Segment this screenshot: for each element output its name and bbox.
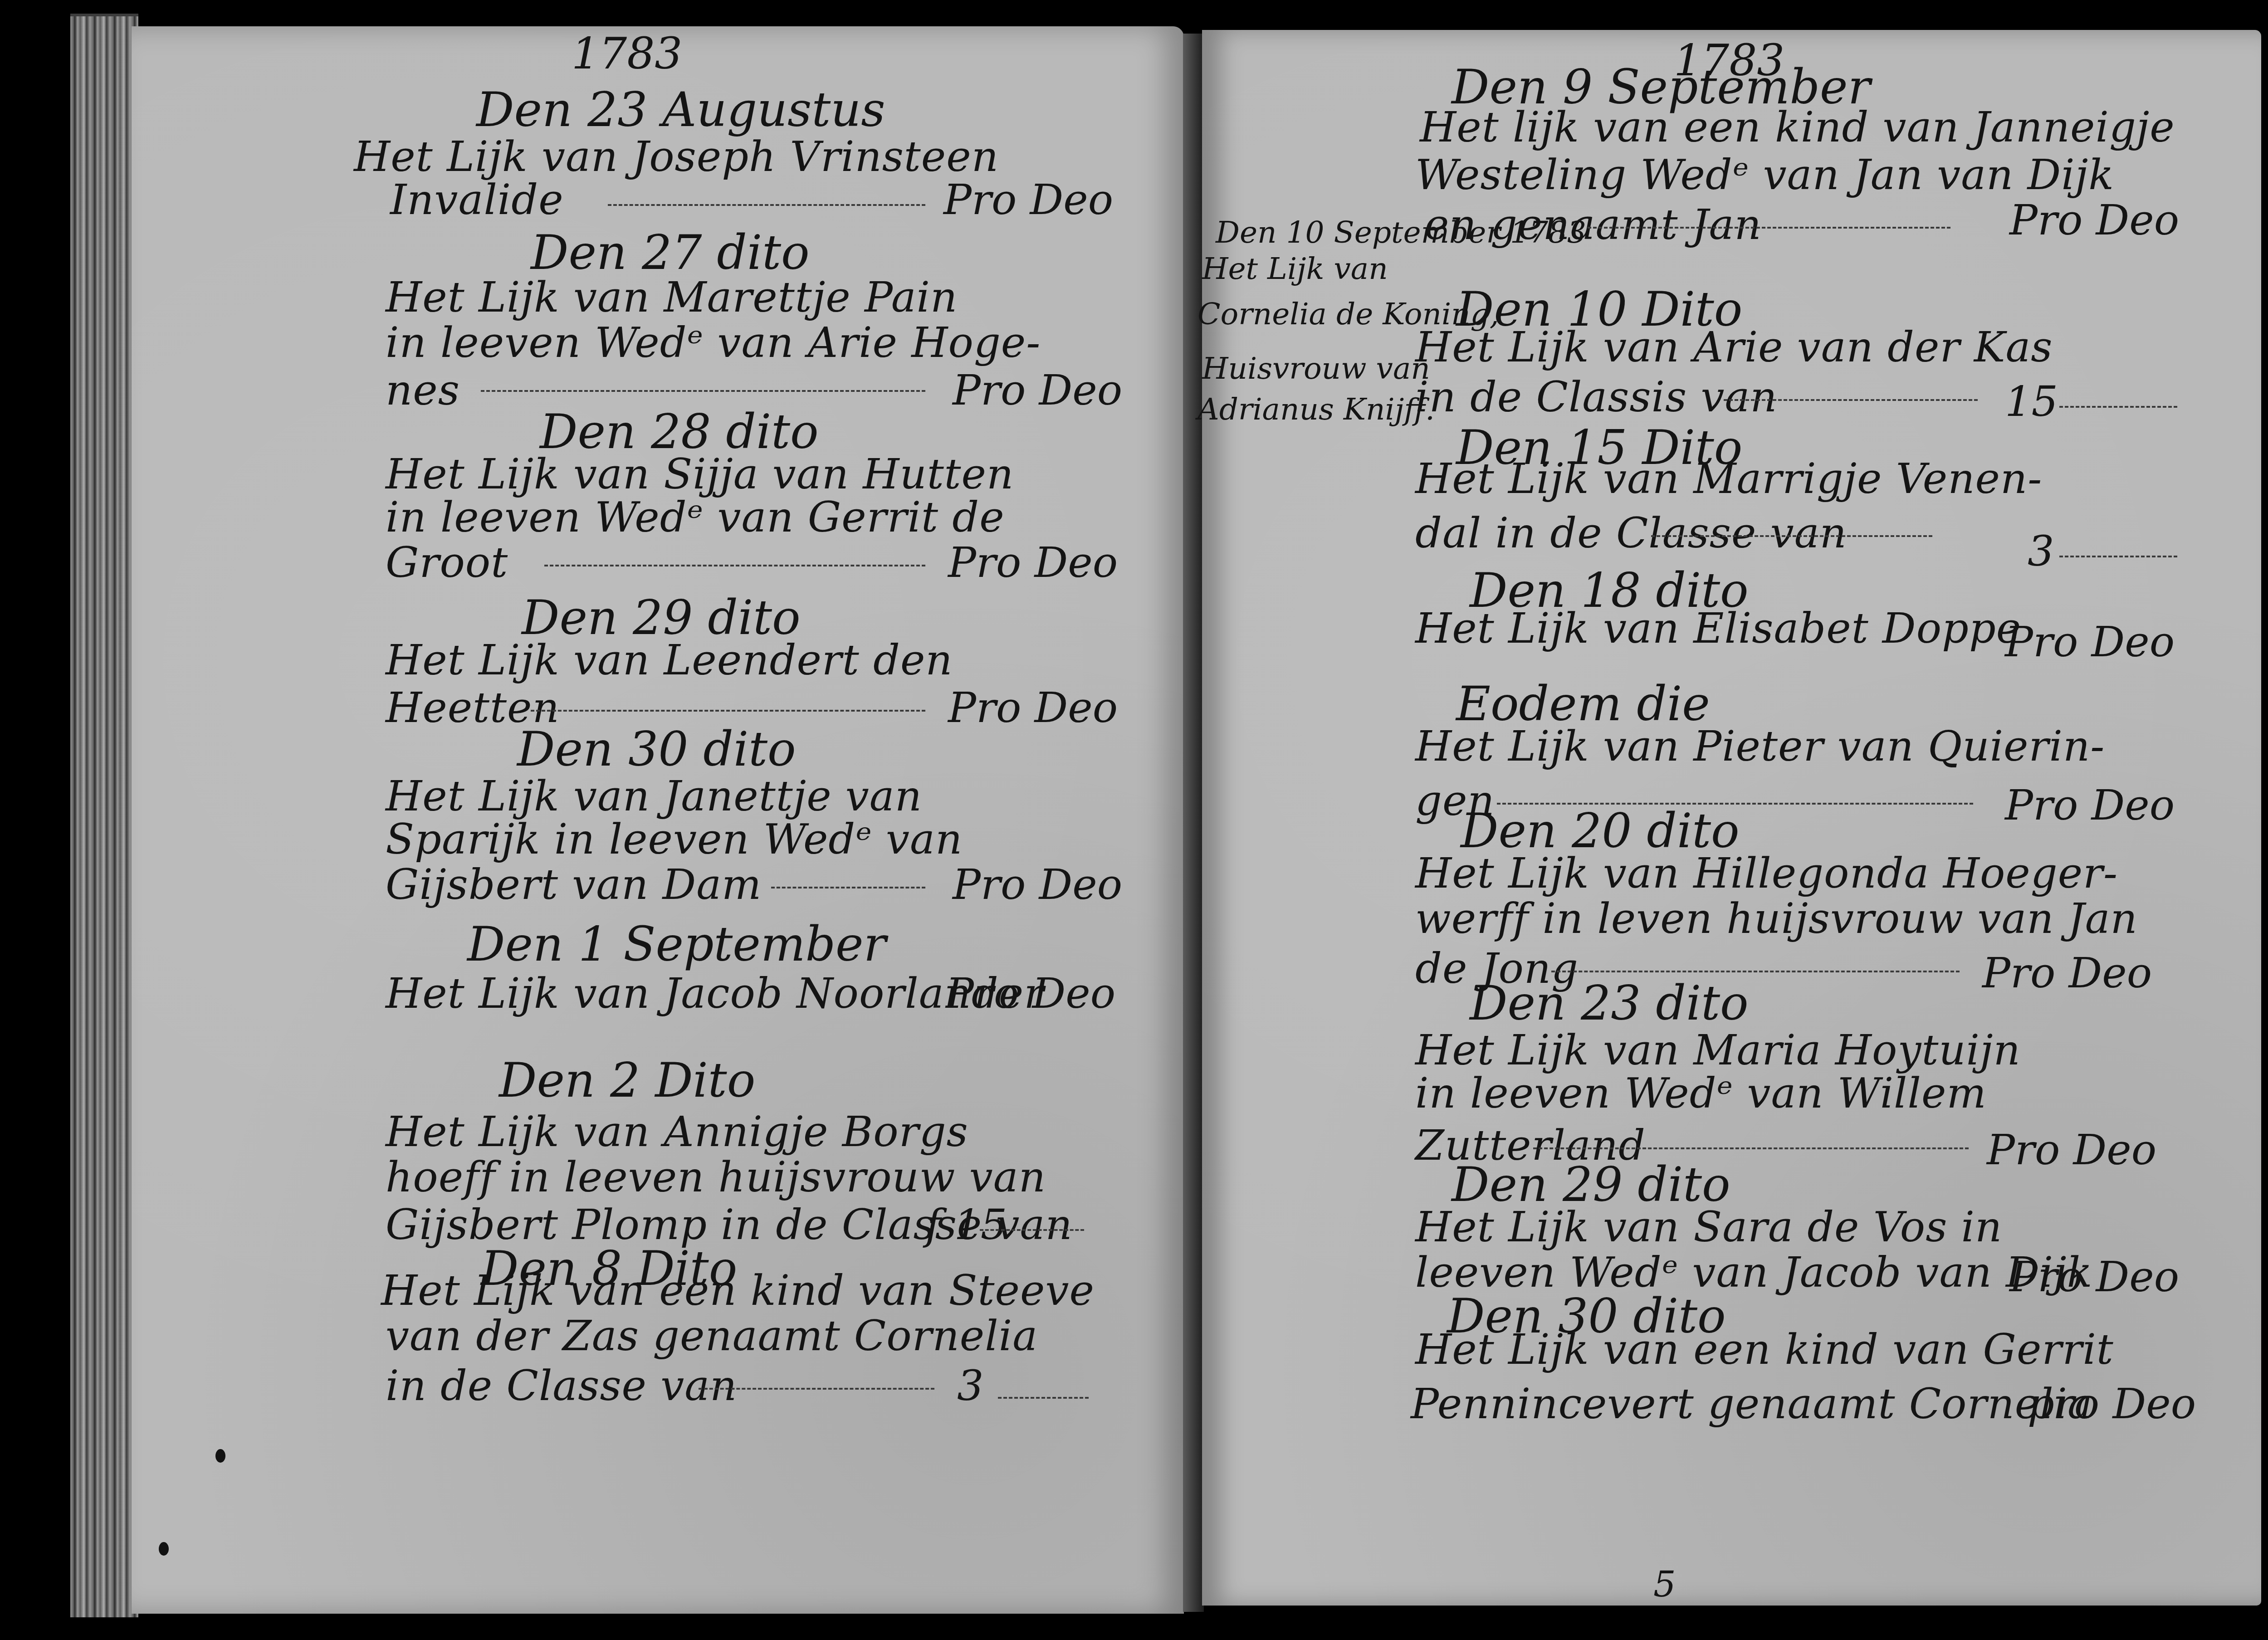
entry-date: Den 28 dito	[540, 408, 819, 455]
scanned-document: 1783 Den 23 Augustus Het Lijk van Joseph…	[0, 0, 2268, 1640]
entry-line: Het Lijk van Marettje Pain	[386, 277, 958, 318]
entry-date: Eodem die	[1456, 680, 1710, 727]
fill-dashes	[481, 390, 925, 392]
entry-line: Het Lijk van Joseph Vrinsteen	[354, 136, 999, 178]
entry-line: Het Lijk van Sijja van Hutten	[386, 454, 1014, 495]
entry-line: in leeven Wedᵉ van Gerrit de	[386, 497, 1005, 538]
entry-fee: Pro Deo	[2009, 1256, 2179, 1298]
entry-line: leeven Wedᵉ van Jacob van Dijk	[1415, 1252, 2092, 1293]
left-year-header: 1783	[572, 32, 682, 75]
entry-line: Pennincevert genaamt Cornelia	[1411, 1383, 2093, 1425]
entry-fee: Pro Deo	[946, 973, 1115, 1015]
entry-line: hoeff in leeven huijsvrouw van	[386, 1157, 1046, 1198]
entry-line: Het Lijk van Elisabet Doppe	[1415, 608, 2021, 649]
fill-dashes	[699, 1388, 934, 1390]
entry-line: Het Lijk van Janettje van	[386, 776, 922, 817]
entry-line: Het Lijk van Arie van der Kas	[1415, 327, 2053, 368]
entry-date: Den 27 dito	[531, 229, 810, 276]
entry-fee: Pro Deo	[948, 687, 1118, 729]
entry-line: Gijsbert van Dam	[386, 864, 762, 906]
fill-dashes	[608, 204, 925, 206]
fill-dashes	[2059, 556, 2177, 557]
entry-date: Den 29 dito	[1452, 1161, 1730, 1208]
entry-line: werff in leven huijsvrouw van Jan	[1415, 898, 2138, 940]
entry-fee: pro Deo	[2028, 1383, 2196, 1425]
entry-line: Het Lijk van Pieter van Quierin-	[1415, 726, 2105, 767]
ink-blot	[159, 1542, 169, 1556]
fill-dashes	[1651, 535, 1932, 537]
margin-note-line: Adrianus Knijff.	[1198, 395, 1435, 425]
entry-line: Het Lijk van Annigje Borgs	[386, 1111, 968, 1153]
fill-dashes	[1724, 399, 1978, 401]
book-gutter	[1183, 34, 1204, 1612]
entry-line: in leeven Wedᵉ van Willem	[1415, 1073, 1987, 1114]
entry-date: Den 2 Dito	[499, 1057, 755, 1104]
entry-fee: 15	[2005, 381, 2058, 423]
entry-date: Den 23 Augustus	[476, 86, 885, 133]
entry-line: nes	[386, 370, 460, 411]
page-edge-stack	[70, 14, 138, 1617]
entry-line: Het Lijk van Marrigje Venen-	[1415, 458, 2042, 500]
entry-line: Het Lijk van Leendert den	[386, 639, 953, 681]
page-number: 5	[1653, 1567, 1676, 1602]
entry-date: Den 30 dito	[517, 726, 796, 773]
entry-line: en genaamt Jan	[1424, 204, 1762, 246]
entry-line: Het Lijk van een kind van Steeve	[381, 1270, 1095, 1312]
entry-line: dal in de Classe van	[1415, 512, 1847, 554]
fill-dashes	[1533, 1147, 1969, 1149]
entry-line: in de Classis van	[1415, 376, 1778, 418]
entry-date: Den 1 September	[467, 921, 886, 968]
margin-note-line: Het Lijk van	[1202, 254, 1388, 284]
entry-line: in de Classe van	[386, 1365, 737, 1407]
entry-line: in leeven Wedᵉ van Arie Hoge-	[386, 322, 1041, 364]
fill-dashes	[980, 1229, 1084, 1231]
entry-line: Het Lijk van Hillegonda Hoeger-	[1415, 853, 2118, 894]
entry-line: Het lijk van een kind van Janneigje	[1420, 107, 2175, 148]
entry-fee: Pro Deo	[2005, 621, 2175, 663]
fill-dashes	[1588, 227, 1950, 229]
entry-fee: Pro Deo	[1982, 952, 2152, 994]
entry-fee: 3	[957, 1365, 984, 1407]
entry-line: Het Lijk van een kind van Gerrit	[1415, 1329, 2114, 1371]
entry-fee: Pro Deo	[948, 542, 1118, 584]
fill-dashes	[998, 1397, 1089, 1399]
entry-date: Den 23 dito	[1470, 980, 1749, 1027]
entry-fee: Pro Deo	[953, 370, 1122, 411]
fill-dashes	[544, 565, 925, 566]
fill-dashes	[771, 887, 925, 888]
entry-line: Het Lijk van Sara de Vos in	[1415, 1206, 2002, 1248]
ink-blot	[215, 1449, 225, 1463]
entry-date: Den 20 dito	[1461, 807, 1740, 854]
margin-note-line: Huisvrouw van	[1202, 354, 1430, 384]
entry-fee: Pro Deo	[943, 179, 1113, 221]
entry-fee: Pro Deo	[1987, 1129, 2156, 1171]
entry-line: Westeling Wedᵉ van Jan van Dijk	[1415, 154, 2114, 196]
entry-fee: Pro Deo	[953, 864, 1122, 906]
entry-line: Groot	[386, 542, 508, 584]
fill-dashes	[2059, 406, 2177, 408]
entry-line: Het Lijk van Maria Hoytuijn	[1415, 1030, 2021, 1071]
fill-dashes	[531, 710, 925, 712]
fill-dashes	[1551, 971, 1960, 972]
entry-fee: 3	[2028, 531, 2054, 572]
entry-line: Invalide	[390, 179, 564, 221]
entry-fee: f 15	[925, 1204, 1007, 1246]
entry-line: Sparijk in leeven Wedᵉ van	[386, 819, 963, 860]
entry-fee: Pro Deo	[2005, 785, 2175, 826]
entry-fee: Pro Deo	[2009, 200, 2179, 241]
entry-date: Den 29 dito	[522, 594, 801, 641]
entry-line: van der Zas genaamt Cornelia	[386, 1315, 1038, 1357]
